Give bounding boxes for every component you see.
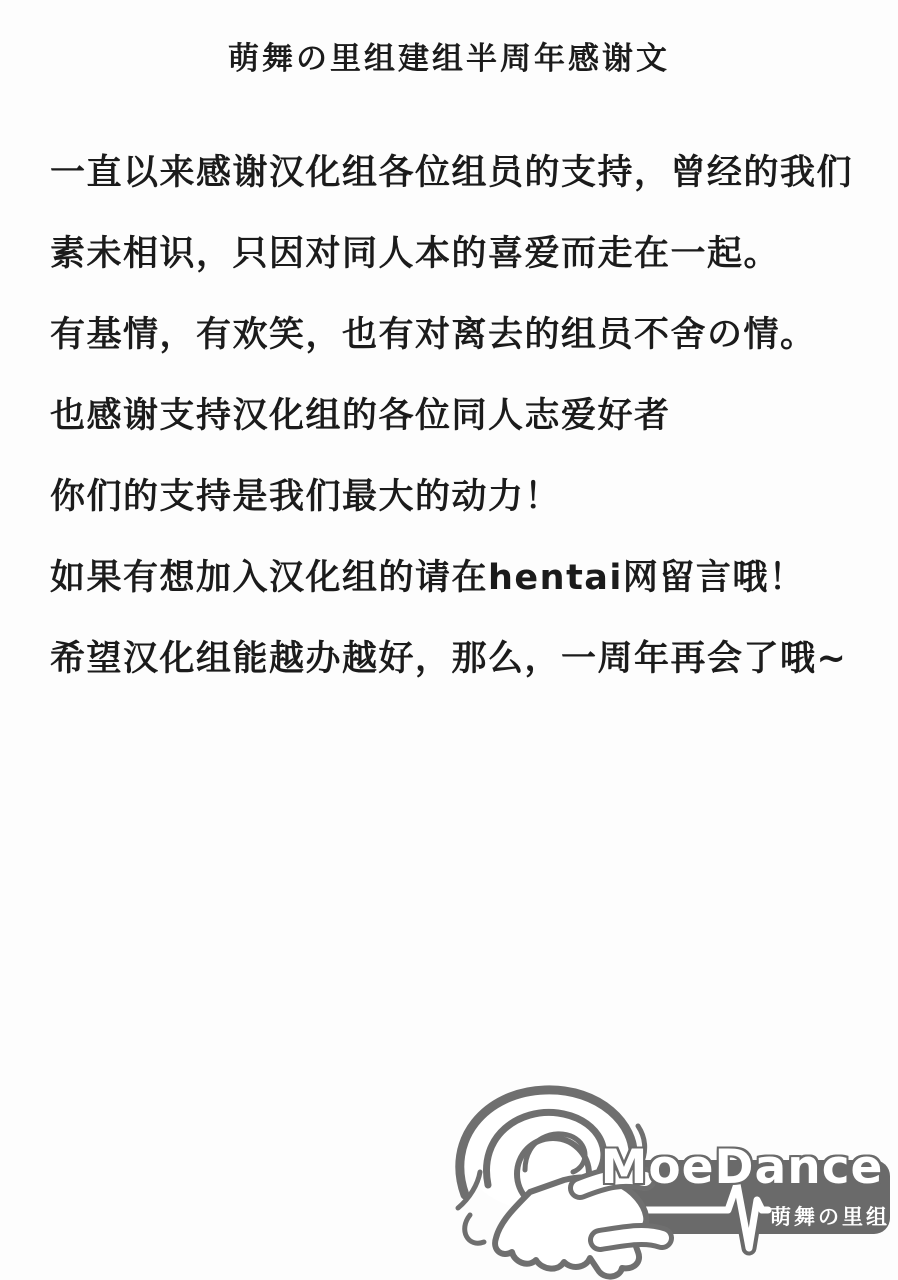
moedance-logo: MoeDance 萌舞の里组 bbox=[440, 1080, 898, 1280]
text-line-1: 一直以来感谢汉化组各位组员的支持，曾经的我们 bbox=[50, 150, 878, 196]
text-line-5: 你们的支持是我们最大的动力！ bbox=[50, 474, 878, 520]
logo-subtitle: 萌舞の里组 bbox=[770, 1201, 890, 1231]
text-line-4: 也感谢支持汉化组的各位同人志爱好者 bbox=[50, 393, 878, 439]
text-line-3: 有基情，有欢笑，也有对离去的组员不舍の情。 bbox=[50, 312, 878, 358]
logo-wordmark: MoeDance bbox=[598, 1144, 886, 1191]
text-line-2: 素未相识，只因对同人本的喜爱而走在一起。 bbox=[50, 231, 878, 277]
text-line-6: 如果有想加入汉化组的请在hentai网留言哦！ bbox=[50, 555, 878, 601]
scanned-credits-page: 萌舞の里组建组半周年感谢文 一直以来感谢汉化组各位组员的支持，曾经的我们 素未相… bbox=[0, 0, 898, 1280]
text-line-7: 希望汉化组能越办越好，那么，一周年再会了哦~ bbox=[50, 636, 878, 682]
thank-you-text: 一直以来感谢汉化组各位组员的支持，曾经的我们 素未相识，只因对同人本的喜爱而走在… bbox=[50, 150, 878, 717]
page-title: 萌舞の里组建组半周年感谢文 bbox=[0, 33, 898, 78]
